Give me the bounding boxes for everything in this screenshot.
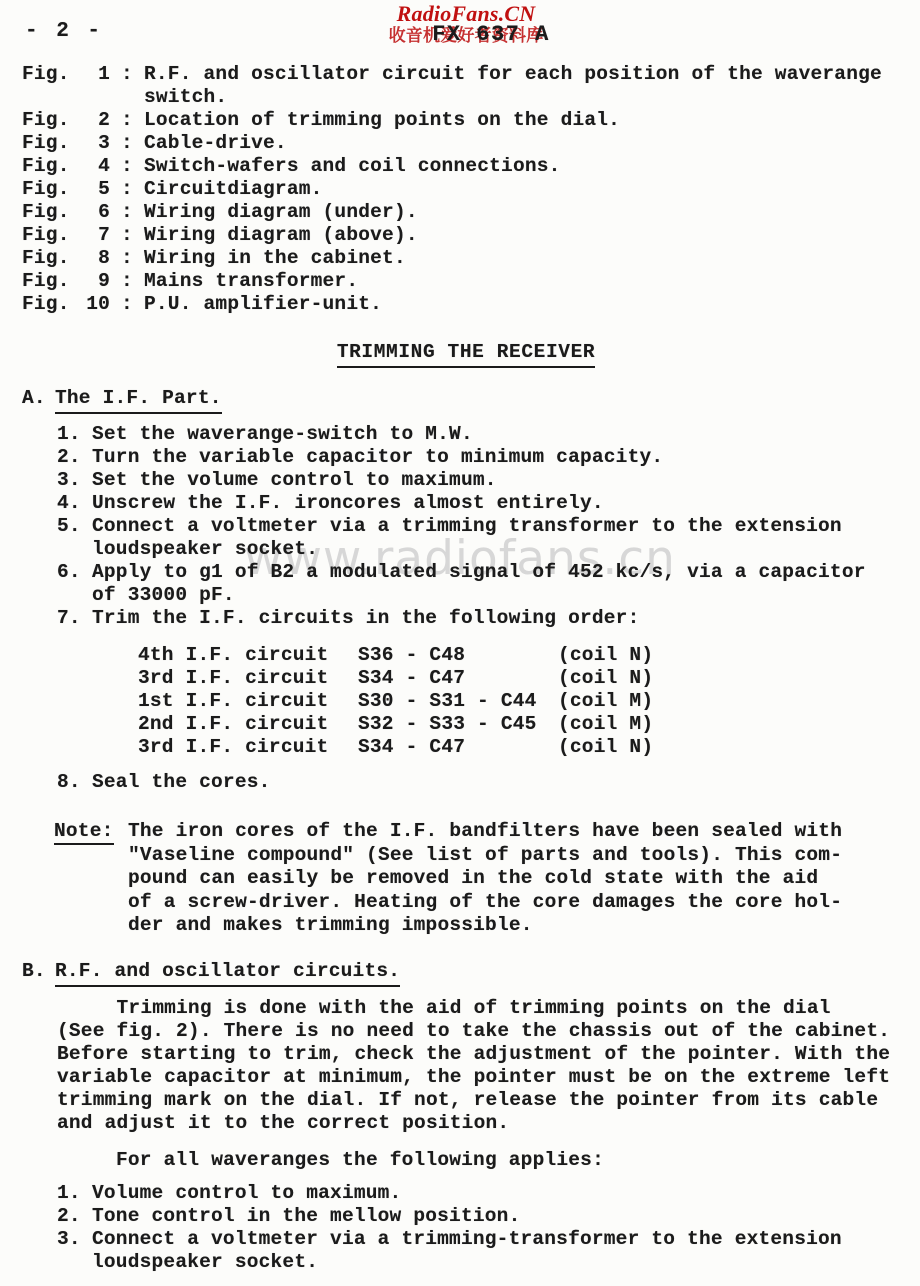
trim-circuit: 3rd I.F. circuit — [138, 667, 358, 690]
note-label-box: Note: — [54, 820, 128, 938]
fig-description: Cable-drive. — [144, 132, 910, 155]
fig-label: Fig. — [22, 109, 80, 132]
step-number: 7. — [57, 607, 92, 630]
step-number: 3. — [57, 1228, 92, 1274]
section-b-heading: B. R.F. and oscillator circuits. — [22, 960, 910, 987]
section-letter: B. — [22, 960, 55, 987]
fig-separator: : — [110, 132, 144, 155]
fig-label: Fig. — [22, 155, 80, 178]
section-a-heading: A. The I.F. Part. — [22, 387, 910, 414]
step-number: 1. — [57, 423, 92, 446]
fig-description: P.U. amplifier-unit. — [144, 293, 910, 316]
trim-order-row: 2nd I.F. circuit S32 - S33 - C45 (coil M… — [138, 713, 910, 736]
figure-list-item: Fig. 10 : P.U. amplifier-unit. — [22, 293, 910, 316]
step-number: 4. — [57, 492, 92, 515]
figure-list-item: Fig. 6 : Wiring diagram (under). — [22, 201, 910, 224]
fig-number: 6 — [80, 201, 110, 224]
fig-description: Circuitdiagram. — [144, 178, 910, 201]
step-text: Set the waverange-switch to M.W. — [92, 423, 910, 446]
document-title: TRIMMING THE RECEIVER — [22, 341, 910, 368]
manual-page: www.radiofans.cn - 2 - RadioFans.CN 收音机爱… — [0, 0, 920, 1286]
step-item: 7. Trim the I.F. circuits in the followi… — [57, 607, 910, 630]
step-item: 5. Connect a voltmeter via a trimming tr… — [57, 515, 910, 561]
trim-points: S36 - C48 — [358, 644, 558, 667]
fig-label: Fig. — [22, 132, 80, 155]
fig-separator: : — [110, 178, 144, 201]
fig-number: 10 — [80, 293, 110, 316]
applies-line: For all waveranges the following applies… — [116, 1149, 910, 1172]
step-number: 2. — [57, 1205, 92, 1228]
step-number: 8. — [57, 771, 92, 794]
step-number: 2. — [57, 446, 92, 469]
fig-description: Wiring diagram (under). — [144, 201, 910, 224]
step-number: 3. — [57, 469, 92, 492]
fig-description: Wiring diagram (above). — [144, 224, 910, 247]
step-text: Unscrew the I.F. ironcores almost entire… — [92, 492, 910, 515]
step-text: Tone control in the mellow position. — [92, 1205, 910, 1228]
fig-separator: : — [110, 247, 144, 270]
trim-coil: (coil M) — [558, 690, 653, 713]
trim-coil: (coil M) — [558, 713, 653, 736]
step-item: 2. Turn the variable capacitor to minimu… — [57, 446, 910, 469]
fig-number: 9 — [80, 270, 110, 293]
step-item: 6. Apply to g1 of B2 a modulated signal … — [57, 561, 910, 607]
fig-separator: : — [110, 201, 144, 224]
figure-list-item: Fig. 4 : Switch-wafers and coil connecti… — [22, 155, 910, 178]
step-item: 4. Unscrew the I.F. ironcores almost ent… — [57, 492, 910, 515]
figure-list-item: Fig. 1 : R.F. and oscillator circuit for… — [22, 63, 910, 109]
fig-number: 4 — [80, 155, 110, 178]
trim-circuit: 4th I.F. circuit — [138, 644, 358, 667]
fig-separator: : — [110, 293, 144, 316]
step-item: 1. Set the waverange-switch to M.W. — [57, 423, 910, 446]
trim-order-row: 1st I.F. circuit S30 - S31 - C44 (coil M… — [138, 690, 910, 713]
step-text: Volume control to maximum. — [92, 1182, 910, 1205]
fig-number: 5 — [80, 178, 110, 201]
trim-coil: (coil N) — [558, 644, 653, 667]
figure-list-item: Fig. 7 : Wiring diagram (above). — [22, 224, 910, 247]
trim-circuit: 1st I.F. circuit — [138, 690, 358, 713]
fig-number: 8 — [80, 247, 110, 270]
step-item: 3. Connect a voltmeter via a trimming-tr… — [57, 1228, 910, 1274]
fig-description: Location of trimming points on the dial. — [144, 109, 910, 132]
note-block: Note: The iron cores of the I.F. bandfil… — [54, 820, 910, 938]
trim-circuit: 2nd I.F. circuit — [138, 713, 358, 736]
figure-list-item: Fig. 2 : Location of trimming points on … — [22, 109, 910, 132]
trim-points: S32 - S33 - C45 — [358, 713, 558, 736]
step-text: Apply to g1 of B2 a modulated signal of … — [92, 561, 910, 607]
fig-separator: : — [110, 224, 144, 247]
fig-label: Fig. — [22, 247, 80, 270]
step-text: Trim the I.F. circuits in the following … — [92, 607, 910, 630]
step-item: 3. Set the volume control to maximum. — [57, 469, 910, 492]
fig-description: R.F. and oscillator circuit for each pos… — [144, 63, 910, 109]
step-item: 1. Volume control to maximum. — [57, 1182, 910, 1205]
section-title: R.F. and oscillator circuits. — [55, 960, 400, 987]
figure-list-item: Fig. 8 : Wiring in the cabinet. — [22, 247, 910, 270]
step-number: 5. — [57, 515, 92, 561]
section-letter: A. — [22, 387, 55, 414]
document-code: FX 637 A — [432, 23, 550, 46]
fig-description: Mains transformer. — [144, 270, 910, 293]
fig-description: Wiring in the cabinet. — [144, 247, 910, 270]
figure-list: Fig. 1 : R.F. and oscillator circuit for… — [22, 63, 910, 316]
fig-number: 3 — [80, 132, 110, 155]
note-text: The iron cores of the I.F. bandfilters h… — [128, 820, 910, 938]
page-header: - 2 - RadioFans.CN 收音机爱好者资料库 FX 637 A — [22, 0, 910, 63]
fig-label: Fig. — [22, 224, 80, 247]
section-b-steps: 1. Volume control to maximum. 2. Tone co… — [57, 1182, 910, 1274]
section-b-paragraph: Trimming is done with the aid of trimmin… — [57, 997, 908, 1135]
fig-label: Fig. — [22, 293, 80, 316]
trim-circuit: 3rd I.F. circuit — [138, 736, 358, 759]
fig-separator: : — [110, 270, 144, 293]
step-text: Seal the cores. — [92, 771, 910, 794]
step-number: 1. — [57, 1182, 92, 1205]
section-title: The I.F. Part. — [55, 387, 222, 414]
step-text: Set the volume control to maximum. — [92, 469, 910, 492]
fig-label: Fig. — [22, 178, 80, 201]
step-text: Connect a voltmeter via a trimming trans… — [92, 515, 910, 561]
trim-points: S30 - S31 - C44 — [358, 690, 558, 713]
fig-label: Fig. — [22, 270, 80, 293]
fig-separator: : — [110, 155, 144, 178]
page-number: - 2 - — [25, 20, 103, 43]
trim-order-row: 3rd I.F. circuit S34 - C47 (coil N) — [138, 736, 910, 759]
step-text: Connect a voltmeter via a trimming-trans… — [92, 1228, 910, 1274]
step-item: 8. Seal the cores. — [57, 771, 910, 794]
step-item: 2. Tone control in the mellow position. — [57, 1205, 910, 1228]
page-content: - 2 - RadioFans.CN 收音机爱好者资料库 FX 637 A Fi… — [0, 0, 920, 1274]
step-text: Turn the variable capacitor to minimum c… — [92, 446, 910, 469]
fig-number: 1 — [80, 63, 110, 109]
figure-list-item: Fig. 3 : Cable-drive. — [22, 132, 910, 155]
figure-list-item: Fig. 5 : Circuitdiagram. — [22, 178, 910, 201]
fig-number: 7 — [80, 224, 110, 247]
fig-description: Switch-wafers and coil connections. — [144, 155, 910, 178]
trim-points: S34 - C47 — [358, 667, 558, 690]
trim-coil: (coil N) — [558, 667, 653, 690]
note-label: Note: — [54, 820, 114, 845]
trim-coil: (coil N) — [558, 736, 653, 759]
section-a-steps: 1. Set the waverange-switch to M.W. 2. T… — [57, 423, 910, 630]
step-number: 6. — [57, 561, 92, 607]
fig-label: Fig. — [22, 201, 80, 224]
fig-number: 2 — [80, 109, 110, 132]
trim-order-table: 4th I.F. circuit S36 - C48 (coil N) 3rd … — [138, 644, 910, 759]
trim-order-row: 4th I.F. circuit S36 - C48 (coil N) — [138, 644, 910, 667]
trim-points: S34 - C47 — [358, 736, 558, 759]
fig-separator: : — [110, 109, 144, 132]
fig-separator: : — [110, 63, 144, 109]
figure-list-item: Fig. 9 : Mains transformer. — [22, 270, 910, 293]
trim-order-row: 3rd I.F. circuit S34 - C47 (coil N) — [138, 667, 910, 690]
fig-label: Fig. — [22, 63, 80, 109]
document-title-text: TRIMMING THE RECEIVER — [337, 341, 595, 368]
